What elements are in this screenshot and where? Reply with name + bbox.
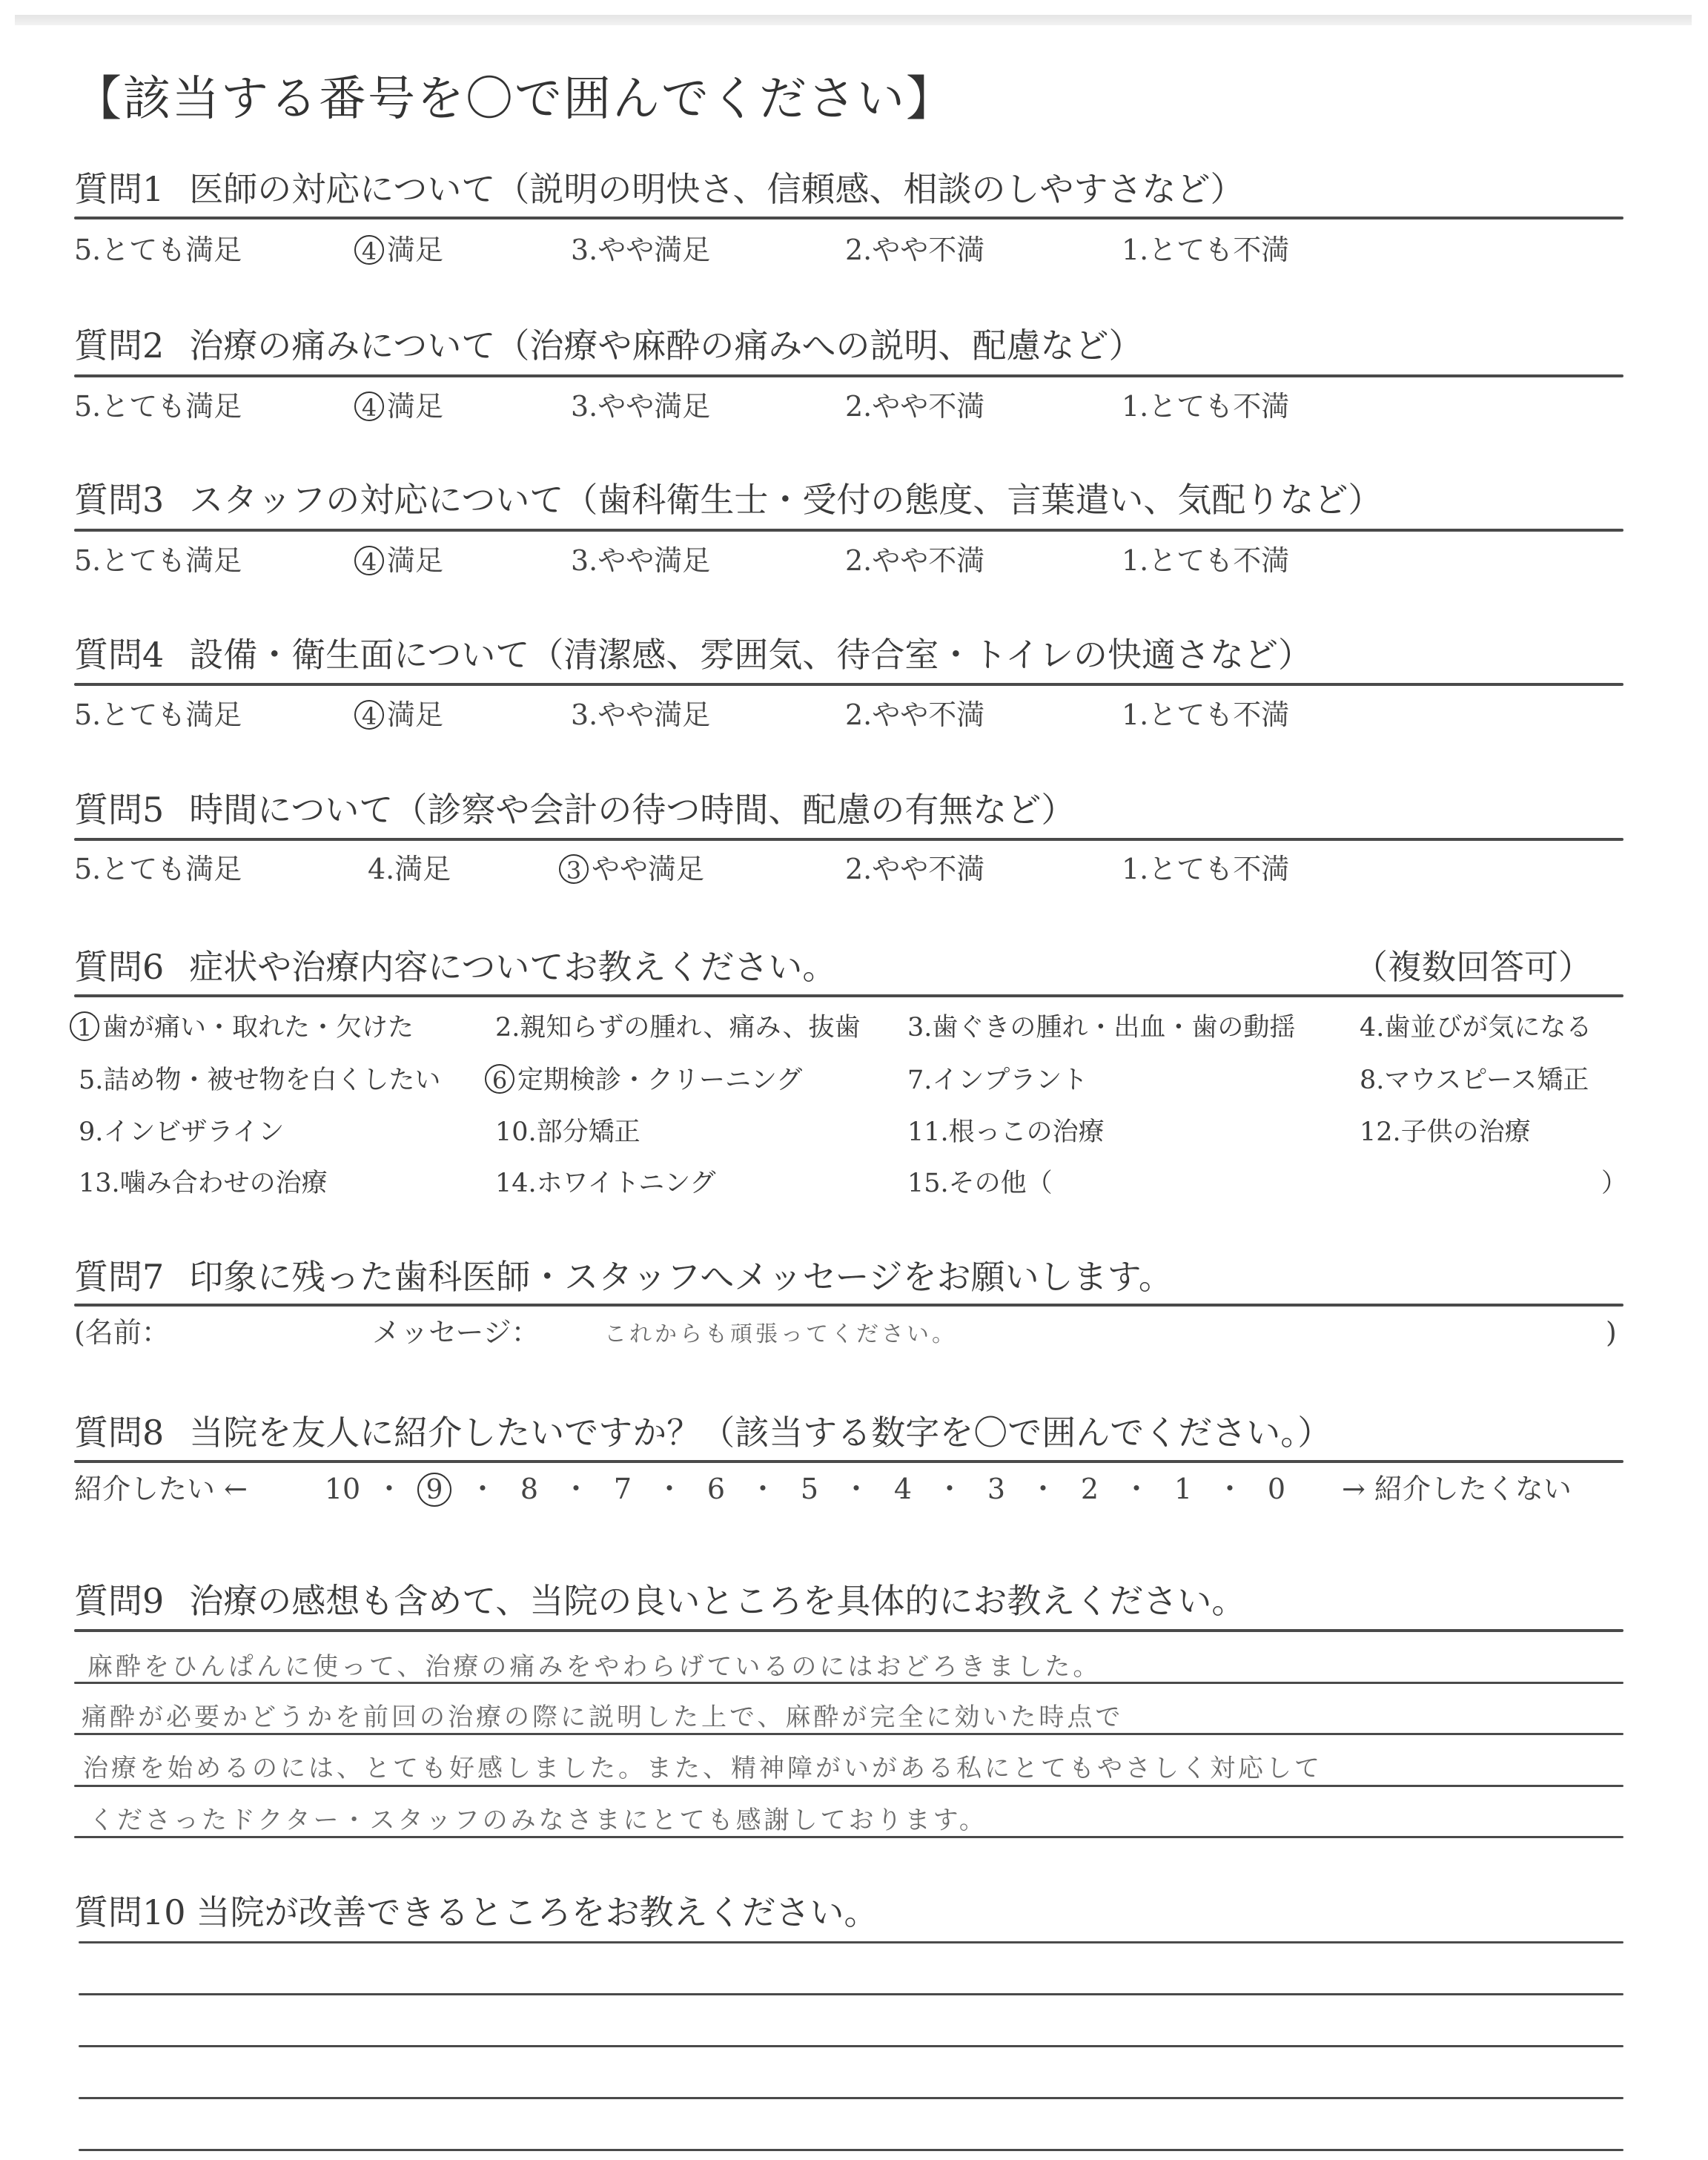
q6-option-15-other[interactable]: 15.その他（ <box>907 1167 1053 1200</box>
scale-separator: ・ <box>832 1472 881 1506</box>
scale-separator: ・ <box>1205 1472 1254 1506</box>
question-1-label: 質問1 <box>74 169 164 209</box>
multiple-answers-note: （複数回答可） <box>1354 946 1592 988</box>
question-9-label: 質問9 <box>74 1581 164 1621</box>
page-title: 【該当する番号を〇で囲んでください】 <box>74 71 955 128</box>
question-2-header: 質問2治療の痛みについて（治療や麻酔の痛みへの説明、配慮など） <box>74 325 1142 366</box>
q10-answer-line-4[interactable] <box>87 2113 1615 2146</box>
question-1-text: 医師の対応について（説明の明快さ、信頼感、相談のしやすさなど） <box>189 169 1244 209</box>
q9-answer-line-2[interactable]: 痛酔が必要かどうかを前回の治療の際に説明した上で、麻酔が完全に効いた時点で <box>82 1701 1123 1734</box>
scale-10[interactable]: 10 <box>320 1472 365 1506</box>
q6-option-11[interactable]: 11.根っこの治療 <box>907 1116 1105 1149</box>
scale-separator: ・ <box>925 1472 974 1506</box>
selected-circle-mark: 4 <box>354 546 384 575</box>
question-3-header: 質問3スタッフの対応について（歯科衛生士・受付の態度、言葉遣い、気配りなど） <box>74 479 1382 521</box>
selected-circle-mark: 3 <box>559 854 589 884</box>
q4-option-3[interactable]: 3.やや満足 <box>571 698 710 732</box>
q1-option-2[interactable]: 2.やや不満 <box>845 233 984 267</box>
scale-separator: ・ <box>1112 1472 1161 1506</box>
q3-option-4-selected[interactable]: 4満足 <box>359 544 443 578</box>
selected-circle-mark: 1 <box>70 1011 99 1041</box>
selected-circle-mark: 4 <box>354 392 384 421</box>
q6-option-10[interactable]: 10.部分矯正 <box>495 1116 640 1149</box>
scale-separator: ・ <box>738 1472 787 1506</box>
question-6-text: 症状や治療内容についてお教えください。 <box>189 947 836 987</box>
q5-option-5[interactable]: 5.とても満足 <box>74 852 242 886</box>
question-7-label: 質問7 <box>74 1257 164 1297</box>
q6-option-12[interactable]: 12.子供の治療 <box>1360 1116 1531 1149</box>
q6-other-close-paren: ） <box>1601 1167 1627 1200</box>
name-field[interactable] <box>185 1315 363 1350</box>
scale-1[interactable]: 1 <box>1161 1472 1205 1506</box>
scale-2[interactable]: 2 <box>1067 1472 1112 1506</box>
q3-option-2[interactable]: 2.やや不満 <box>845 544 984 578</box>
q5-option-4[interactable]: 4.満足 <box>368 852 451 886</box>
question-1-rule <box>74 217 1623 219</box>
q6-other-field[interactable] <box>1038 1167 1586 1200</box>
question-7-header: 質問7印象に残った歯科医師・スタッフへメッセージをお願いします。 <box>74 1256 1173 1298</box>
question-9-rule <box>74 1629 1623 1632</box>
q6-option-1-selected[interactable]: 1歯が痛い・取れた・欠けた <box>74 1011 414 1044</box>
scan-top-edge <box>15 15 1692 25</box>
scale-5[interactable]: 5 <box>787 1472 832 1506</box>
scale-9-selected[interactable]: 9 <box>414 1472 458 1507</box>
q10-answer-line-3[interactable] <box>87 2061 1615 2094</box>
q5-option-1[interactable]: 1.とても不満 <box>1122 852 1289 886</box>
answer-rule <box>79 2149 1623 2151</box>
q3-option-3[interactable]: 3.やや満足 <box>571 544 710 578</box>
question-4-rule <box>74 683 1623 686</box>
scale-separator: ・ <box>458 1472 507 1506</box>
recommend-scale: 10・9・8・7・6・5・4・3・2・1・0 <box>320 1472 1299 1507</box>
scale-0[interactable]: 0 <box>1254 1472 1299 1506</box>
answer-rule <box>79 2045 1623 2047</box>
q6-option-13[interactable]: 13.噛み合わせの治療 <box>79 1167 328 1200</box>
scale-separator: ・ <box>552 1472 600 1506</box>
message-label: メッセージ： <box>372 1315 540 1350</box>
question-10-rule <box>79 1941 1623 1943</box>
answer-rule <box>79 2097 1623 2099</box>
question-6-header: 質問6症状や治療内容についてお教えください。 <box>74 946 836 988</box>
question-4-header: 質問4設備・衛生面について（清潔感、雰囲気、待合室・トイレの快適さなど） <box>74 634 1312 676</box>
q4-option-2[interactable]: 2.やや不満 <box>845 698 984 732</box>
q10-answer-line-1[interactable] <box>87 1958 1615 1990</box>
question-5-rule <box>74 838 1623 841</box>
q9-answer-line-4[interactable]: くださったドクター・スタッフのみなさまにとても感謝しております。 <box>89 1804 987 1837</box>
question-8-label: 質問8 <box>74 1413 164 1453</box>
question-3-text: スタッフの対応について（歯科衛生士・受付の態度、言葉遣い、気配りなど） <box>189 480 1382 520</box>
q4-option-1[interactable]: 1.とても不満 <box>1122 698 1289 732</box>
question-8-text: 当院を友人に紹介したいですか？（該当する数字を〇で囲んでください。） <box>189 1413 1331 1453</box>
question-3-rule <box>74 529 1623 532</box>
question-5-text: 時間について（診察や会計の待つ時間、配慮の有無など） <box>189 790 1075 830</box>
q6-option-8[interactable]: 8.マウスピース矯正 <box>1360 1064 1589 1097</box>
question-10-header: 質問10当院が改善できるところをお教えください。 <box>74 1892 878 1933</box>
q3-option-1[interactable]: 1.とても不満 <box>1122 544 1289 578</box>
answer-rule <box>74 1682 1623 1684</box>
recommend-left-label: 紹介したい ← <box>74 1472 248 1506</box>
message-close-paren: ) <box>1606 1315 1617 1350</box>
q6-option-9[interactable]: 9.インビザライン <box>79 1116 284 1149</box>
scale-separator: ・ <box>1019 1472 1067 1506</box>
question-4-label: 質問4 <box>74 635 164 675</box>
scale-4[interactable]: 4 <box>881 1472 925 1506</box>
question-3-label: 質問3 <box>74 480 164 520</box>
question-10-text: 当院が改善できるところをお教えください。 <box>196 1892 878 1932</box>
answer-rule <box>79 1993 1623 1995</box>
q4-option-4-selected[interactable]: 4満足 <box>359 698 443 732</box>
scale-3[interactable]: 3 <box>974 1472 1019 1506</box>
q2-option-3[interactable]: 3.やや満足 <box>571 389 710 423</box>
answer-rule <box>74 1836 1623 1838</box>
q2-option-1[interactable]: 1.とても不満 <box>1122 389 1289 423</box>
q6-option-7[interactable]: 7.インプラント <box>907 1064 1088 1097</box>
q6-option-3[interactable]: 3.歯ぐきの腫れ・出血・歯の動揺 <box>907 1011 1295 1044</box>
question-4-text: 設備・衛生面について（清潔感、雰囲気、待合室・トイレの快適さなど） <box>189 635 1312 675</box>
question-6-rule <box>74 994 1623 997</box>
question-7-rule <box>74 1304 1623 1307</box>
recommend-right-label: → 紹介したくない <box>1342 1472 1572 1506</box>
q3-option-5[interactable]: 5.とても満足 <box>74 544 242 578</box>
selected-circle-mark: 9 <box>417 1473 451 1507</box>
selected-circle-mark: 4 <box>354 235 384 265</box>
question-2-label: 質問2 <box>74 326 164 366</box>
q4-option-5[interactable]: 5.とても満足 <box>74 698 242 732</box>
q1-option-3[interactable]: 3.やや満足 <box>571 233 710 267</box>
scale-6[interactable]: 6 <box>694 1472 738 1506</box>
answer-rule <box>74 1733 1623 1735</box>
q9-answer-line-1[interactable]: 麻酔をひんぱんに使って、治療の痛みをやわらげているのにはおどろきました。 <box>87 1651 1101 1683</box>
q6-option-4[interactable]: 4.歯並びが気になる <box>1360 1011 1592 1044</box>
q9-answer-line-3[interactable]: 治療を始めるのには、とても好感しました。また、精神障がいがある私にとてもやさしく… <box>83 1752 1323 1785</box>
selected-circle-mark: 4 <box>354 700 384 730</box>
q6-option-6-selected[interactable]: 6定期検診・クリーニング <box>489 1064 802 1097</box>
q1-option-4-selected[interactable]: 4満足 <box>359 233 443 267</box>
q5-option-3-selected[interactable]: 3やや満足 <box>563 852 704 886</box>
question-2-text: 治療の痛みについて（治療や麻酔の痛みへの説明、配慮など） <box>189 326 1142 366</box>
q6-option-2[interactable]: 2.親知らずの腫れ、痛み、抜歯 <box>495 1011 861 1044</box>
q5-option-2[interactable]: 2.やや不満 <box>845 852 984 886</box>
q2-option-5[interactable]: 5.とても満足 <box>74 389 242 423</box>
scale-separator: ・ <box>365 1472 414 1506</box>
q1-option-1[interactable]: 1.とても不満 <box>1122 233 1289 267</box>
question-5-header: 質問5時間について（診察や会計の待つ時間、配慮の有無など） <box>74 789 1075 830</box>
q6-option-5[interactable]: 5.詰め物・被せ物を白くしたい <box>79 1064 440 1097</box>
question-5-label: 質問5 <box>74 790 164 830</box>
q6-option-14[interactable]: 14.ホワイトニング <box>495 1167 716 1200</box>
question-8-rule <box>74 1460 1623 1463</box>
question-1-header: 質問1医師の対応について（説明の明快さ、信頼感、相談のしやすさなど） <box>74 168 1245 210</box>
question-6-label: 質問6 <box>74 947 164 987</box>
question-2-rule <box>74 374 1623 377</box>
q10-answer-line-2[interactable] <box>87 2009 1615 2042</box>
scale-7[interactable]: 7 <box>600 1472 645 1506</box>
question-9-header: 質問9治療の感想も含めて、当院の良いところを具体的にお教えください。 <box>74 1580 1245 1622</box>
question-7-text: 印象に残った歯科医師・スタッフへメッセージをお願いします。 <box>189 1257 1173 1297</box>
question-10-label: 質問10 <box>74 1892 186 1932</box>
name-label: (名前： <box>74 1315 170 1350</box>
q1-option-5[interactable]: 5.とても満足 <box>74 233 242 267</box>
scale-separator: ・ <box>645 1472 694 1506</box>
message-field[interactable]: これからも頑張ってください。 <box>604 1318 957 1351</box>
selected-circle-mark: 6 <box>485 1064 514 1094</box>
question-8-header: 質問8当院を友人に紹介したいですか？（該当する数字を〇で囲んでください。） <box>74 1412 1331 1453</box>
answer-rule <box>74 1785 1623 1787</box>
scale-8[interactable]: 8 <box>507 1472 552 1506</box>
question-9-text: 治療の感想も含めて、当院の良いところを具体的にお教えください。 <box>189 1581 1245 1621</box>
q2-option-2[interactable]: 2.やや不満 <box>845 389 984 423</box>
q2-option-4-selected[interactable]: 4満足 <box>359 389 443 423</box>
